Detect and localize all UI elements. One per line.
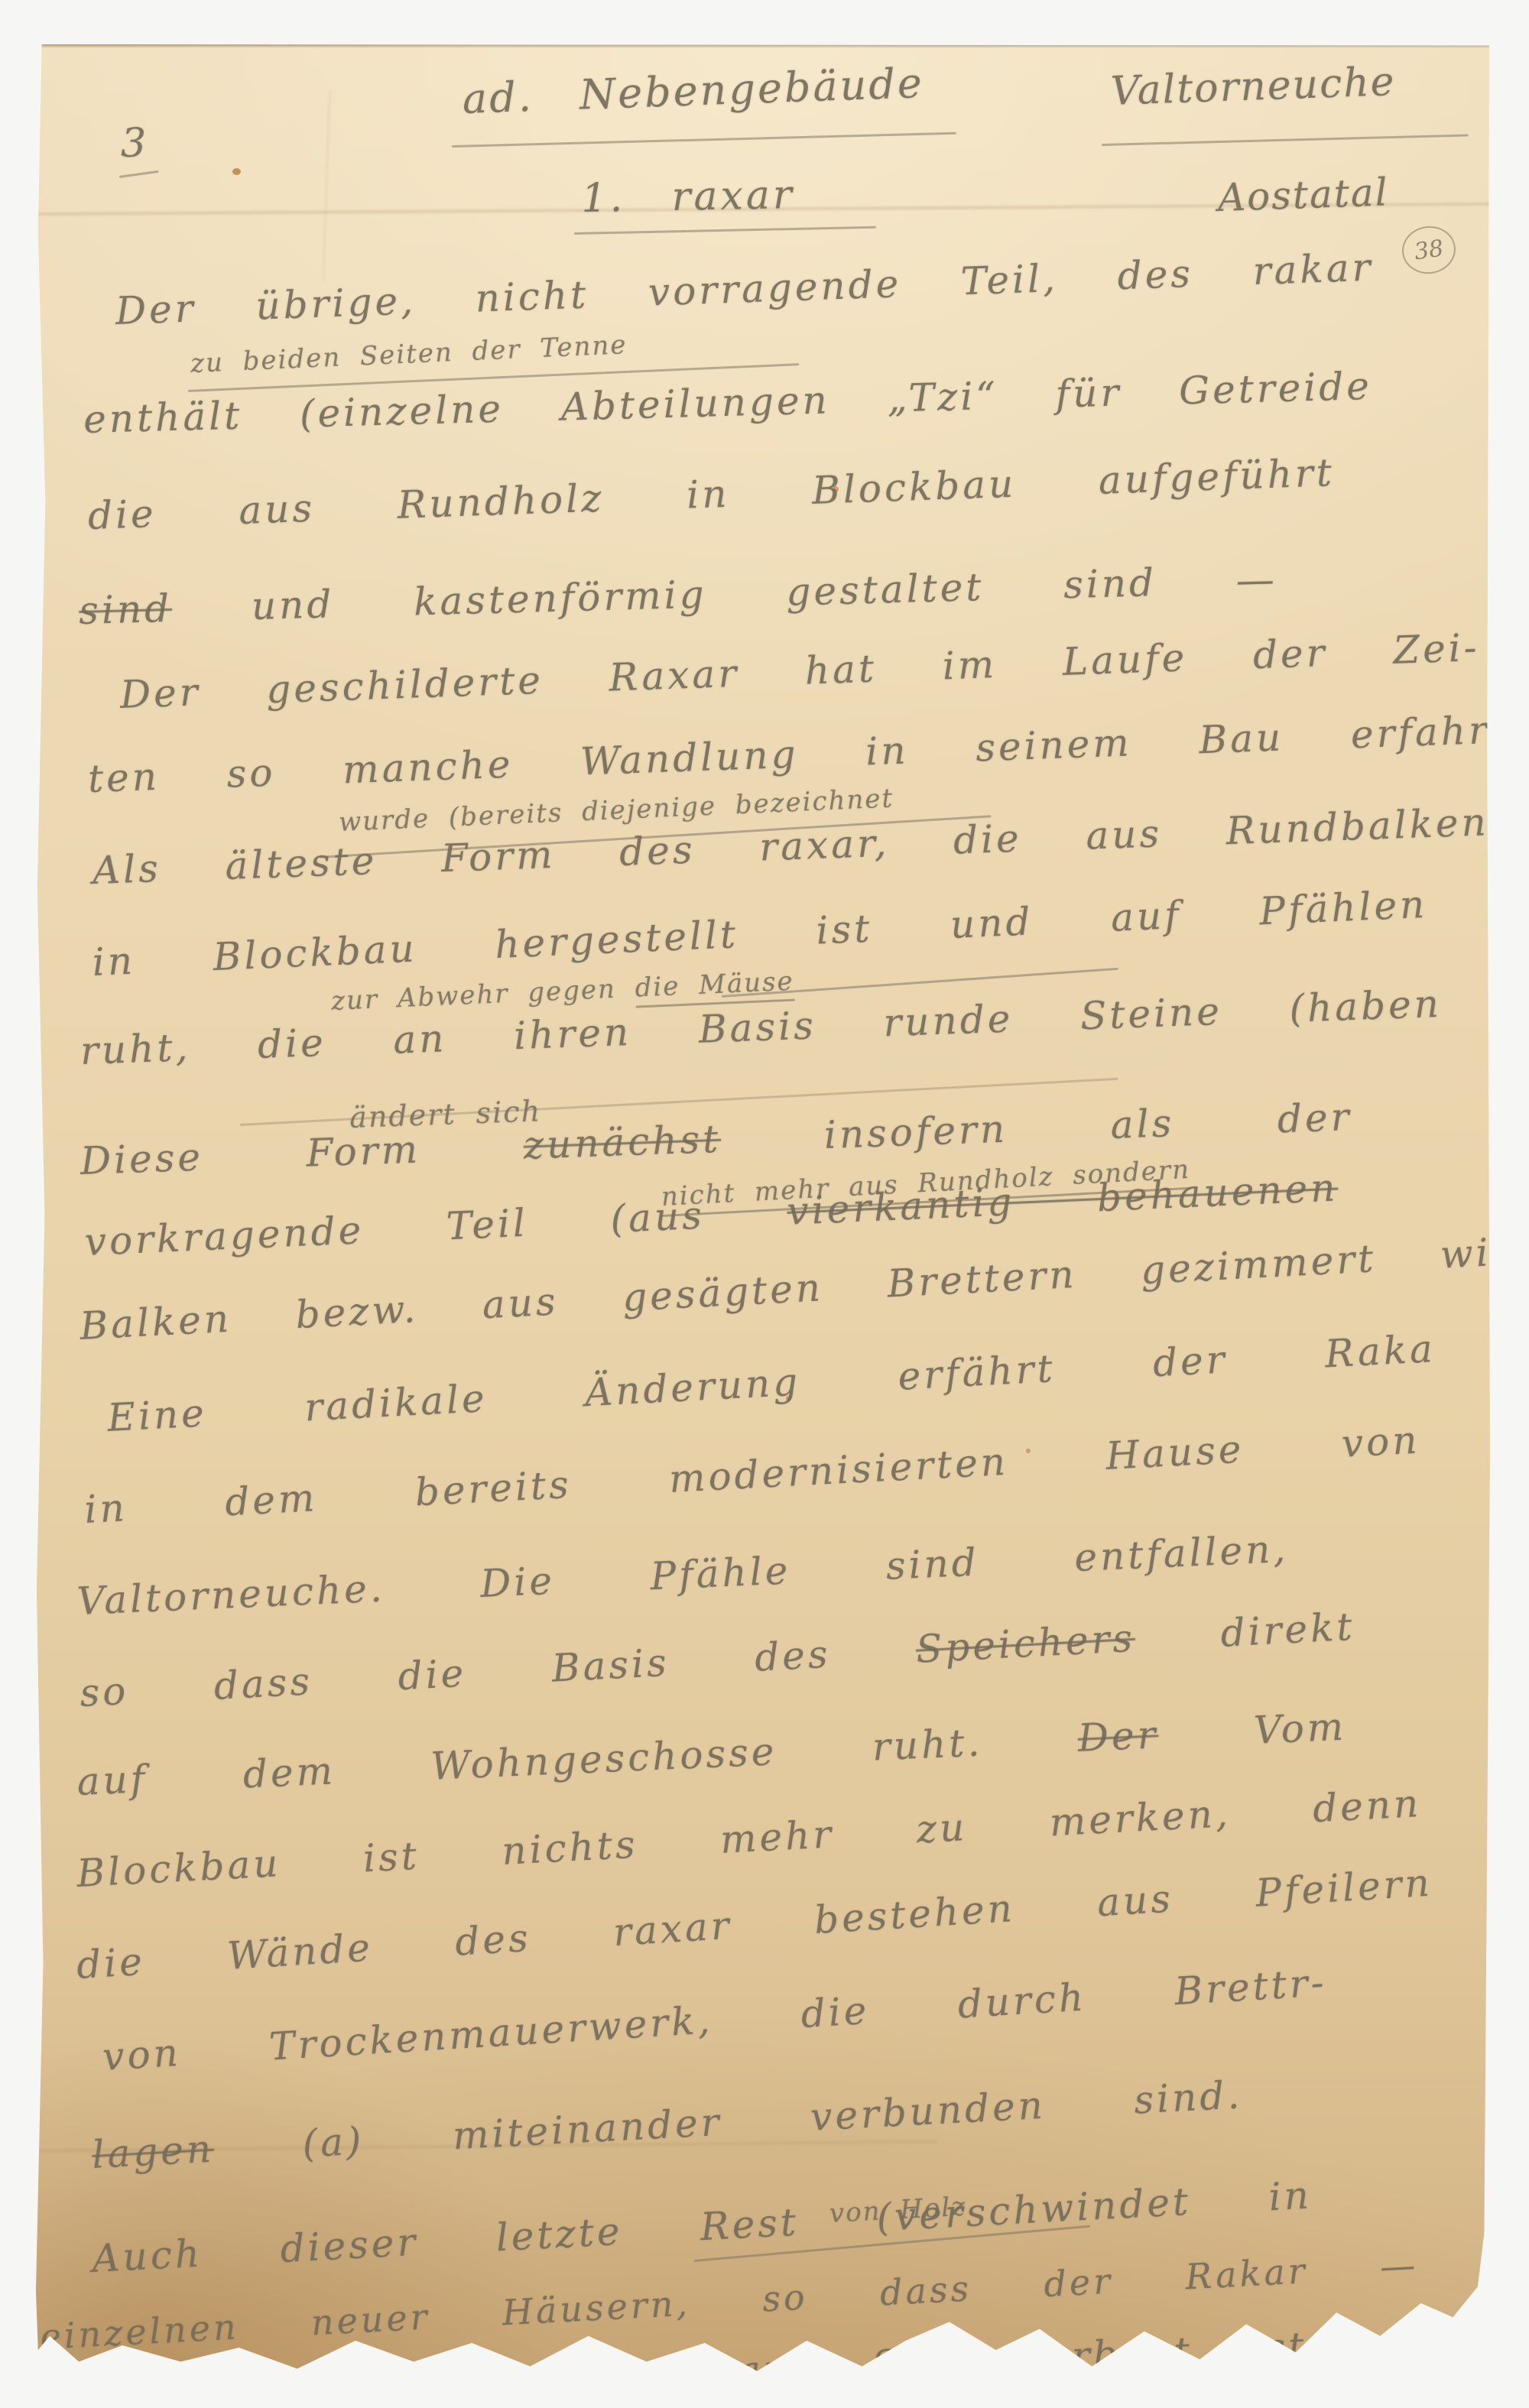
manuscript-line: so dass die Basis des Speichers direkt [79, 1605, 1356, 1715]
line-text: Vom [1157, 1705, 1347, 1757]
interlinear-insertion: zu beiden Seiten der Tenne [190, 329, 628, 379]
line-text: enthält (einzelne Abteilungen „Tzi“ für … [83, 364, 1372, 442]
struck-word: lagen [91, 2127, 215, 2177]
line-text: Der übrige, nicht vorragende Teil, des r… [115, 245, 1374, 333]
manuscript-line: Der geschilderte Raxar hat im Laufe der … [119, 625, 1480, 717]
manuscript-line: die aus Rundholz in Blockbau aufgeführt [87, 450, 1336, 538]
line-text: Valtorneuche. Die Pfähle sind entfallen, [76, 1527, 1289, 1624]
hand-underline [574, 226, 876, 235]
paper-top-edge-shadow [35, 44, 1491, 48]
page-title: ad. Nebengebäude [462, 59, 925, 123]
hand-underline [452, 132, 956, 148]
line-text: Der geschilderte Raxar hat im Laufe der … [119, 625, 1480, 717]
line-text: (a) miteinander verbunden sind. [213, 2072, 1243, 2170]
manuscript-line: von Trockenmauerwerk, die durch Brettr- [101, 1960, 1328, 2079]
circled-folio-number: 38 [1399, 222, 1459, 277]
line-text: und kastenförmig gestaltet sind — [171, 557, 1277, 631]
scanned-manuscript-screenshot: { "header": { "page_number": "3", "title… [0, 0, 1529, 2408]
line-text: in dem bereits modernisierten Hause von [83, 1418, 1421, 1532]
stain-spot [232, 168, 241, 175]
line-text: hier ganz aus Stein erbaut ist [427, 2324, 1307, 2406]
manuscript-line: lagen (a) miteinander verbunden sind. [91, 2072, 1243, 2177]
paper-crease [323, 90, 331, 281]
region-name: Aostatal [1217, 170, 1390, 220]
line-text: vorkragende Teil (aus [83, 1189, 787, 1264]
manuscript-page: 3 ad. Nebengebäude 1. raxar Valtorneuche… [35, 44, 1491, 2385]
manuscript-line: sind und kastenförmig gestaltet sind — [78, 557, 1277, 633]
line-text: Eine radikale Änderung erfährt der Raka [106, 1326, 1436, 1440]
manuscript-line: hier ganz aus Stein erbaut ist [427, 2324, 1307, 2406]
line-text: zu beiden Seiten der Tenne [190, 329, 628, 379]
struck-word: sind [78, 586, 172, 633]
underlined-words: die Mäuse [635, 966, 795, 1008]
folio-number: 38 [1413, 235, 1446, 265]
struck-word: Der [1077, 1712, 1160, 1761]
manuscript-line: enthält (einzelne Abteilungen „Tzi“ für … [83, 364, 1372, 442]
line-text: die aus Rundholz in Blockbau aufgeführt [87, 450, 1336, 538]
hand-underline [1102, 134, 1469, 146]
page-number: 3 [121, 121, 149, 167]
section-heading: 1. raxar [581, 172, 795, 222]
line-text: Diese Form [80, 1124, 524, 1183]
line-text: zur Abwehr gegen [330, 973, 635, 1017]
manuscript-line: Eine radikale Änderung erfährt der Raka [106, 1326, 1436, 1440]
line-text: so dass die Basis des [79, 1628, 917, 1715]
line-text: von Trockenmauerwerk, die durch Brettr- [101, 1960, 1328, 2079]
line-text: auf dem Wohngeschosse ruht. [76, 1716, 1079, 1804]
manuscript-line: Der übrige, nicht vorragende Teil, des r… [115, 245, 1374, 333]
struck-word: zunächst [523, 1117, 722, 1168]
manuscript-line: auf dem Wohngeschosse ruht. Der Vom [76, 1705, 1347, 1804]
struck-word: Speichers [915, 1616, 1137, 1672]
line-text: direkt [1134, 1605, 1355, 1660]
manuscript-line: in dem bereits modernisierten Hause von [83, 1418, 1421, 1532]
place-name: Valtorneuche [1110, 59, 1396, 115]
manuscript-line: Valtorneuche. Die Pfähle sind entfallen, [76, 1527, 1289, 1624]
hand-underline [119, 170, 159, 178]
line-text: insofern als der [720, 1095, 1352, 1161]
